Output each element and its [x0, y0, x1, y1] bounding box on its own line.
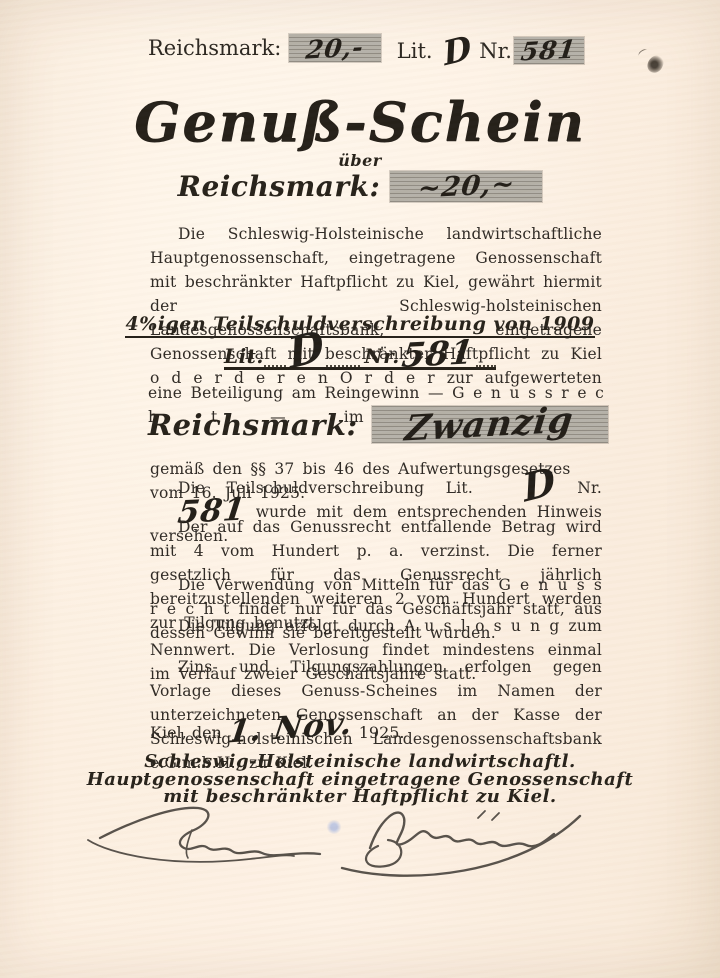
title-amount-line: Reichsmark: ~20,~	[0, 170, 720, 203]
title-amount-value: ~20,~	[416, 168, 517, 204]
date-year: 1925.	[359, 723, 405, 742]
ink-smudge-tail	[637, 48, 649, 59]
title-reichsmark-label: Reichsmark:	[178, 170, 381, 203]
bond-lit-letter: D	[285, 325, 326, 376]
bond-heading-wrap: 4%igen Teilschuldverschreibung von 1909	[0, 313, 720, 335]
clause-hinweis-lit-letter: D	[495, 477, 555, 500]
header-nr-label: Nr.	[479, 39, 512, 63]
bond-series-line: Lit. D Nr. 581	[224, 334, 496, 370]
clause-hinweis-nr-label: Nr.	[577, 479, 602, 497]
document-title: Genuß-Schein	[0, 90, 720, 154]
amount-written-box: Zwanzig	[372, 406, 608, 443]
bond-nr-value: 581	[400, 339, 475, 369]
bond-lit-label: Lit.	[224, 345, 264, 367]
date-prefix: Kiel, den	[150, 723, 222, 742]
dotted-line	[264, 343, 286, 367]
dotted-line	[476, 343, 496, 367]
amount-written-value: Zwanzig	[403, 399, 576, 449]
header-lit-letter: D	[441, 31, 473, 71]
certificate-document: Reichsmark: 20,- Lit. D Nr. 581 Genuß-Sc…	[0, 0, 720, 978]
signature-left	[88, 808, 320, 862]
amount-written-line: Reichsmark: Zwanzig	[148, 406, 608, 443]
date-line: Kiel, den 1. Nov. 1925.	[150, 710, 405, 746]
date-handwritten: 1. Nov.	[225, 705, 355, 750]
dotted-line	[326, 343, 360, 367]
title-amount-box: ~20,~	[390, 171, 542, 202]
title-over-word: über	[0, 151, 720, 170]
header-amount-box: 20,-	[289, 34, 381, 62]
header-lit-label: Lit.	[397, 39, 433, 63]
header-amount-value: 20,-	[305, 32, 366, 64]
signature-right	[342, 811, 580, 876]
header-row: Reichsmark: 20,- Lit. D Nr. 581	[148, 34, 584, 67]
header-number-value: 581	[520, 34, 579, 66]
amount-label: Reichsmark:	[148, 408, 358, 442]
header-number-box: 581	[514, 37, 584, 64]
bond-nr-label: Nr.	[364, 345, 399, 367]
header-amount-group: Reichsmark: 20,-	[148, 34, 381, 62]
signatures	[80, 796, 600, 896]
issuer-line-1: Schleswig-Holsteinische landwirtschaftl.	[0, 753, 720, 771]
header-series-group: Lit. D Nr. 581	[397, 34, 584, 67]
ink-smudge	[645, 53, 665, 75]
header-reichsmark-label: Reichsmark:	[148, 36, 281, 60]
